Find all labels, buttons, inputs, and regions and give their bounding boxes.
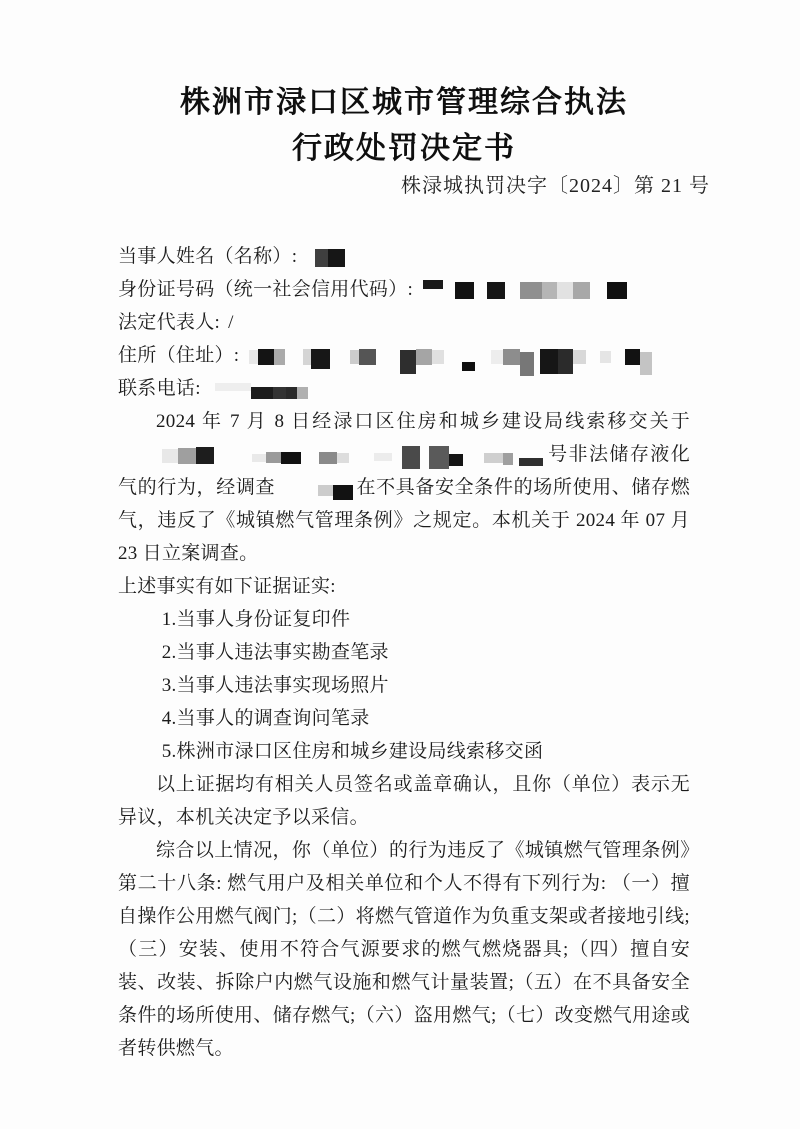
- document-number: 株渌城执罚决字〔2024〕第 21 号: [118, 174, 710, 198]
- redaction-block: [350, 350, 359, 364]
- body-paragraph: 2024 年 7 月 8 日经渌口区住房和城乡建设局线索移交关于号非法储存液化气…: [118, 405, 690, 570]
- field-row: 身份证号码（统一社会信用代码）:: [118, 273, 690, 306]
- redaction-block: [416, 349, 432, 365]
- redacted-value-case_ref_end: [118, 447, 214, 464]
- evidence-list-item: 2.当事人违法事实勘查笔录: [118, 636, 690, 669]
- paragraph-text: 上述事实有如下证据证实:: [118, 576, 336, 597]
- redaction-block: [484, 453, 503, 463]
- redaction-block: [281, 452, 301, 464]
- redaction-block: [196, 447, 214, 464]
- redaction-block: [607, 282, 627, 299]
- redaction-block: [573, 282, 590, 299]
- redaction-block: [319, 452, 337, 464]
- field-label: 住所（住址）:: [118, 345, 239, 366]
- redaction-block: [252, 454, 266, 462]
- redaction-block: [573, 350, 586, 364]
- paragraph-text: 综合以上情况，你（单位）的行为违反了《城镇燃气管理条例》第二十八条: 燃气用户及…: [118, 840, 690, 1059]
- redaction-block: [359, 349, 376, 365]
- redaction-block: [432, 350, 444, 364]
- redaction-block: [286, 387, 297, 399]
- evidence-list-item: 1.当事人身份证复印件: [118, 603, 690, 636]
- redaction-block: [520, 282, 542, 299]
- paragraph-text: 2024 年 7 月 8 日经渌口区住房和城乡建设局线索移交关于: [156, 411, 690, 432]
- redaction-block: [423, 280, 443, 289]
- redaction-block: [215, 383, 251, 391]
- redaction-block: [455, 282, 474, 299]
- redaction-block: [503, 453, 513, 465]
- redaction-block: [558, 349, 573, 374]
- redaction-block: [315, 249, 328, 267]
- redaction-block: [178, 448, 196, 464]
- redaction-block: [449, 454, 463, 466]
- paragraph-text: 以上证据均有相关人员签名或盖章确认，且你（单位）表示无异议，本机关决定予以采信。: [118, 774, 690, 828]
- field-value: /: [220, 312, 234, 333]
- redaction-block: [258, 349, 274, 365]
- field-row: 法定代表人:/: [118, 306, 690, 339]
- paragraph-text: 3.当事人违法事实现场照片: [162, 675, 389, 696]
- redacted-value-address: [239, 344, 652, 369]
- redaction-block: [318, 485, 333, 496]
- redaction-block: [640, 352, 652, 375]
- field-row: 住所（住址）:: [118, 339, 690, 372]
- document-content: 株洲市渌口区城市管理综合执法 行政处罚决定书 株渌城执罚决字〔2024〕第 21…: [118, 80, 690, 1065]
- redaction-block: [402, 446, 420, 469]
- field-label: 法定代表人:: [118, 312, 220, 333]
- evidence-list-item: 3.当事人违法事实现场照片: [118, 669, 690, 702]
- redaction-block: [303, 349, 311, 365]
- redacted-value-name: [297, 249, 345, 267]
- redacted-value-investigated_name: [275, 481, 356, 496]
- evidence-list-item: 4.当事人的调查询问笔录: [118, 702, 690, 735]
- redaction-block: [600, 351, 611, 363]
- field-label: 身份证号码（统一社会信用代码）:: [118, 279, 413, 300]
- redaction-block: [311, 349, 330, 369]
- redaction-block: [337, 453, 349, 463]
- redaction-block: [249, 350, 258, 364]
- redaction-block: [491, 350, 503, 364]
- body-paragraph: 综合以上情况，你（单位）的行为违反了《城镇燃气管理条例》第二十八条: 燃气用户及…: [118, 834, 690, 1065]
- redaction-block: [462, 362, 475, 371]
- redacted-value-id_code: [413, 282, 627, 299]
- redaction-block: [328, 249, 345, 267]
- field-label: 联系电话:: [118, 378, 201, 399]
- redaction-block: [625, 349, 640, 365]
- paragraph-text: 5.株洲市渌口区住房和城乡建设局线索移交函: [162, 741, 544, 762]
- redaction-block: [273, 387, 286, 399]
- body-paragraph: 以上证据均有相关人员签名或盖章确认，且你（单位）表示无异议，本机关决定予以采信。: [118, 768, 690, 834]
- party-info-fields: 当事人姓名（名称）:身份证号码（统一社会信用代码）:法定代表人:/住所（住址）:…: [118, 240, 690, 405]
- redaction-block: [266, 452, 281, 463]
- redacted-value-phone: [201, 384, 308, 396]
- paragraph-text: 1.当事人身份证复印件: [162, 609, 351, 630]
- scanned-document-page: 株洲市渌口区城市管理综合执法 行政处罚决定书 株渌城执罚决字〔2024〕第 21…: [0, 0, 800, 1129]
- field-row: 联系电话:: [118, 372, 690, 405]
- field-row: 当事人姓名（名称）:: [118, 240, 690, 273]
- redaction-block: [557, 282, 573, 299]
- paragraph-text: 4.当事人的调查询问笔录: [162, 708, 370, 729]
- redaction-block: [274, 349, 285, 365]
- document-title-line-1: 株洲市渌口区城市管理综合执法: [118, 80, 690, 126]
- redaction-block: [162, 449, 178, 463]
- redaction-block: [542, 282, 557, 299]
- redaction-block: [429, 446, 449, 469]
- redaction-block: [251, 387, 273, 399]
- redaction-block: [374, 453, 392, 461]
- paragraph-text: 2.当事人违法事实勘查笔录: [162, 642, 389, 663]
- redaction-block: [503, 349, 520, 365]
- field-label: 当事人姓名（名称）:: [118, 246, 297, 267]
- redaction-block: [400, 350, 416, 374]
- redaction-block: [540, 349, 558, 374]
- document-body: 2024 年 7 月 8 日经渌口区住房和城乡建设局线索移交关于号非法储存液化气…: [118, 405, 690, 1065]
- redaction-block: [333, 485, 353, 500]
- body-paragraph: 上述事实有如下证据证实:: [118, 570, 690, 603]
- evidence-list-item: 5.株洲市渌口区住房和城乡建设局线索移交函: [118, 735, 690, 768]
- redaction-block: [519, 458, 543, 466]
- redaction-block: [487, 282, 505, 299]
- document-title-line-2: 行政处罚决定书: [118, 126, 690, 172]
- redaction-block: [297, 387, 308, 399]
- redaction-block: [520, 352, 534, 376]
- redacted-value-case_ref_line2: [214, 444, 547, 467]
